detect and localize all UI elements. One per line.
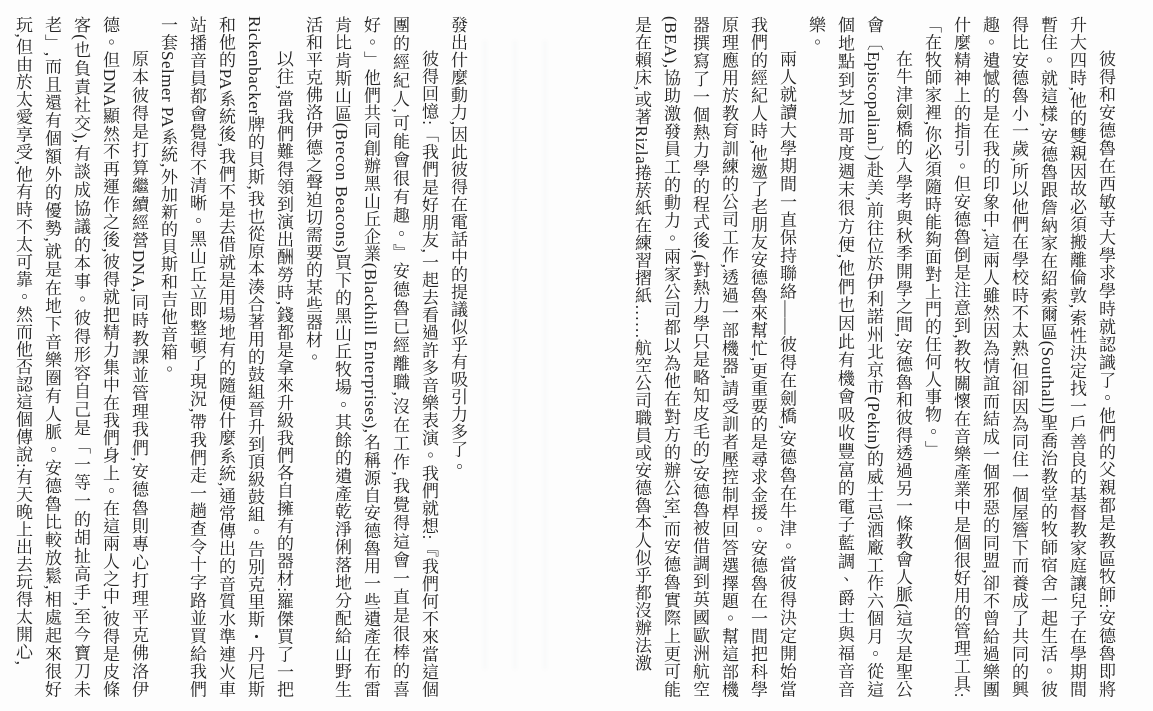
paragraph: 兩人就讀大學期間一直保持聯絡——彼得在劍橋,安德魯在牛津。當彼得決定開始當我們的…	[627, 16, 801, 698]
paragraph: 原本彼得是打算繼續經營DNA,同時教課並管理我們,安德魯則專心打理平克佛洛伊德。…	[8, 16, 153, 698]
page-left: 發出什麼動力,因此彼得在電話中的提議似乎有吸引力多了。 彼得回憶:「我們是好朋友…	[0, 0, 576, 711]
paragraph: 在牛津劍橋的入學考與秋季開學之間,安德魯和彼得透過另一條教會人脈(這次是聖公會〔…	[801, 16, 917, 698]
paragraph: 以往,當我們難得領到演出酬勞時,錢都是拿來升級我們各自擁有的器材:羅傑買了一把R…	[153, 16, 298, 698]
page-right: 彼得和安德魯在西敏寺大學求學時就認識了。他們的父親都是教區牧師:安德魯即將升大四…	[576, 0, 1153, 711]
paragraph: 彼得回憶:「我們是好朋友,一起去看過許多音樂表演。我們就想:『我們何不來當這個團…	[298, 16, 443, 698]
paragraph: 彼得和安德魯在西敏寺大學求學時就認識了。他們的父親都是教區牧師:安德魯即將升大四…	[917, 16, 1120, 698]
paragraph-continuation: 發出什麼動力,因此彼得在電話中的提議似乎有吸引力多了。	[443, 16, 472, 698]
book-spread: 發出什麼動力,因此彼得在電話中的提議似乎有吸引力多了。 彼得回憶:「我們是好朋友…	[0, 0, 1153, 711]
page-left-text: 發出什麼動力,因此彼得在電話中的提議似乎有吸引力多了。 彼得回憶:「我們是好朋友…	[8, 16, 472, 698]
page-right-text: 彼得和安德魯在西敏寺大學求學時就認識了。他們的父親都是教區牧師:安德魯即將升大四…	[627, 16, 1120, 698]
